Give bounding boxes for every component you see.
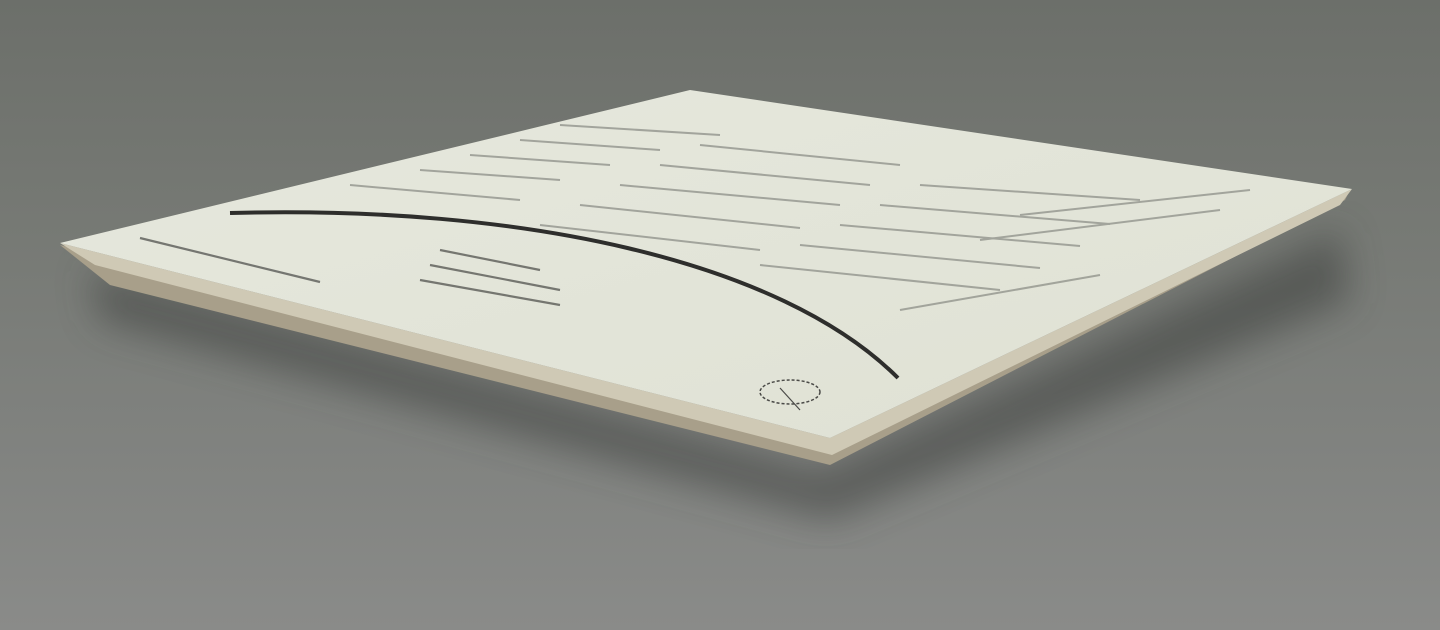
photograph: LP album jacket, back side, photographed… bbox=[0, 0, 1440, 630]
jacket-face bbox=[60, 90, 1352, 438]
lp-jacket-scene bbox=[0, 0, 1440, 630]
